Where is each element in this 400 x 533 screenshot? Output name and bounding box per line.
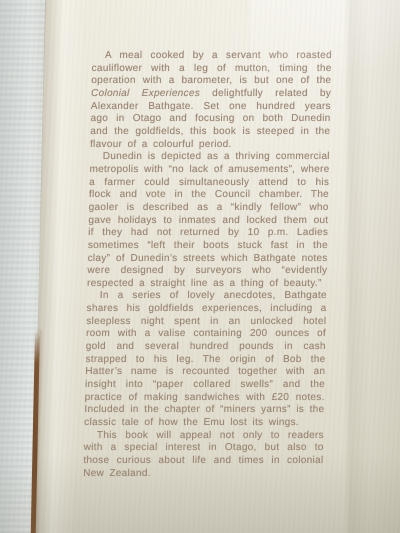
blurb-paragraph: In a series of lovely anecdotes, Bathgat… [84,290,327,429]
jacket-blurb: A meal cooked by a servant who roasted c… [83,50,332,480]
book-title-italic: Colonial Experiences [91,88,200,99]
blurb-text-segment: A meal cooked by a servant who roasted c… [91,50,332,86]
blurb-paragraph: Dunedin is depicted as a thriving commer… [87,151,330,290]
blurb-paragraph: A meal cooked by a servant who roasted c… [90,50,332,151]
blurb-paragraph: This book will appeal not only to reader… [83,430,324,481]
book-cloth-edge [0,0,56,533]
book-jacket-photo: A meal cooked by a servant who roasted c… [0,0,400,533]
jacket-crease [344,0,400,533]
